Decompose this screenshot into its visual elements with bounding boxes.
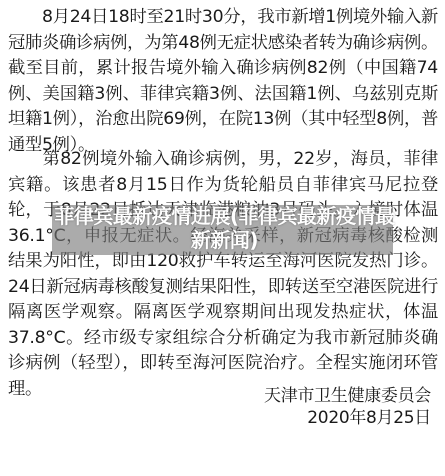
paragraph-case-details-text: 第82例境外输入确诊病例，男，22岁，海员，菲律宾籍。该患者8月15日作为货轮船… <box>8 149 438 399</box>
overlay-title: 菲律宾最新疫情进展(菲律宾最新疫情最新新闻) <box>52 204 397 252</box>
paragraph-case-details: 第82例境外输入确诊病例，男，22岁，海员，菲律宾籍。该患者8月15日作为货轮船… <box>8 147 438 402</box>
paragraph-summary-text: 8月24日18时至21时30分，我市新增1例境外输入新冠肺炎确诊病例，为第48例… <box>8 7 438 155</box>
signature-date: 2020年8月25日 <box>307 406 431 430</box>
news-image: 8月24日18时至21时30分，我市新增1例境外输入新冠肺炎确诊病例，为第48例… <box>0 0 445 476</box>
paragraph-summary: 8月24日18时至21时30分，我市新增1例境外输入新冠肺炎确诊病例，为第48例… <box>8 5 438 158</box>
signature-organization: 天津市卫生健康委员会 <box>264 384 431 408</box>
